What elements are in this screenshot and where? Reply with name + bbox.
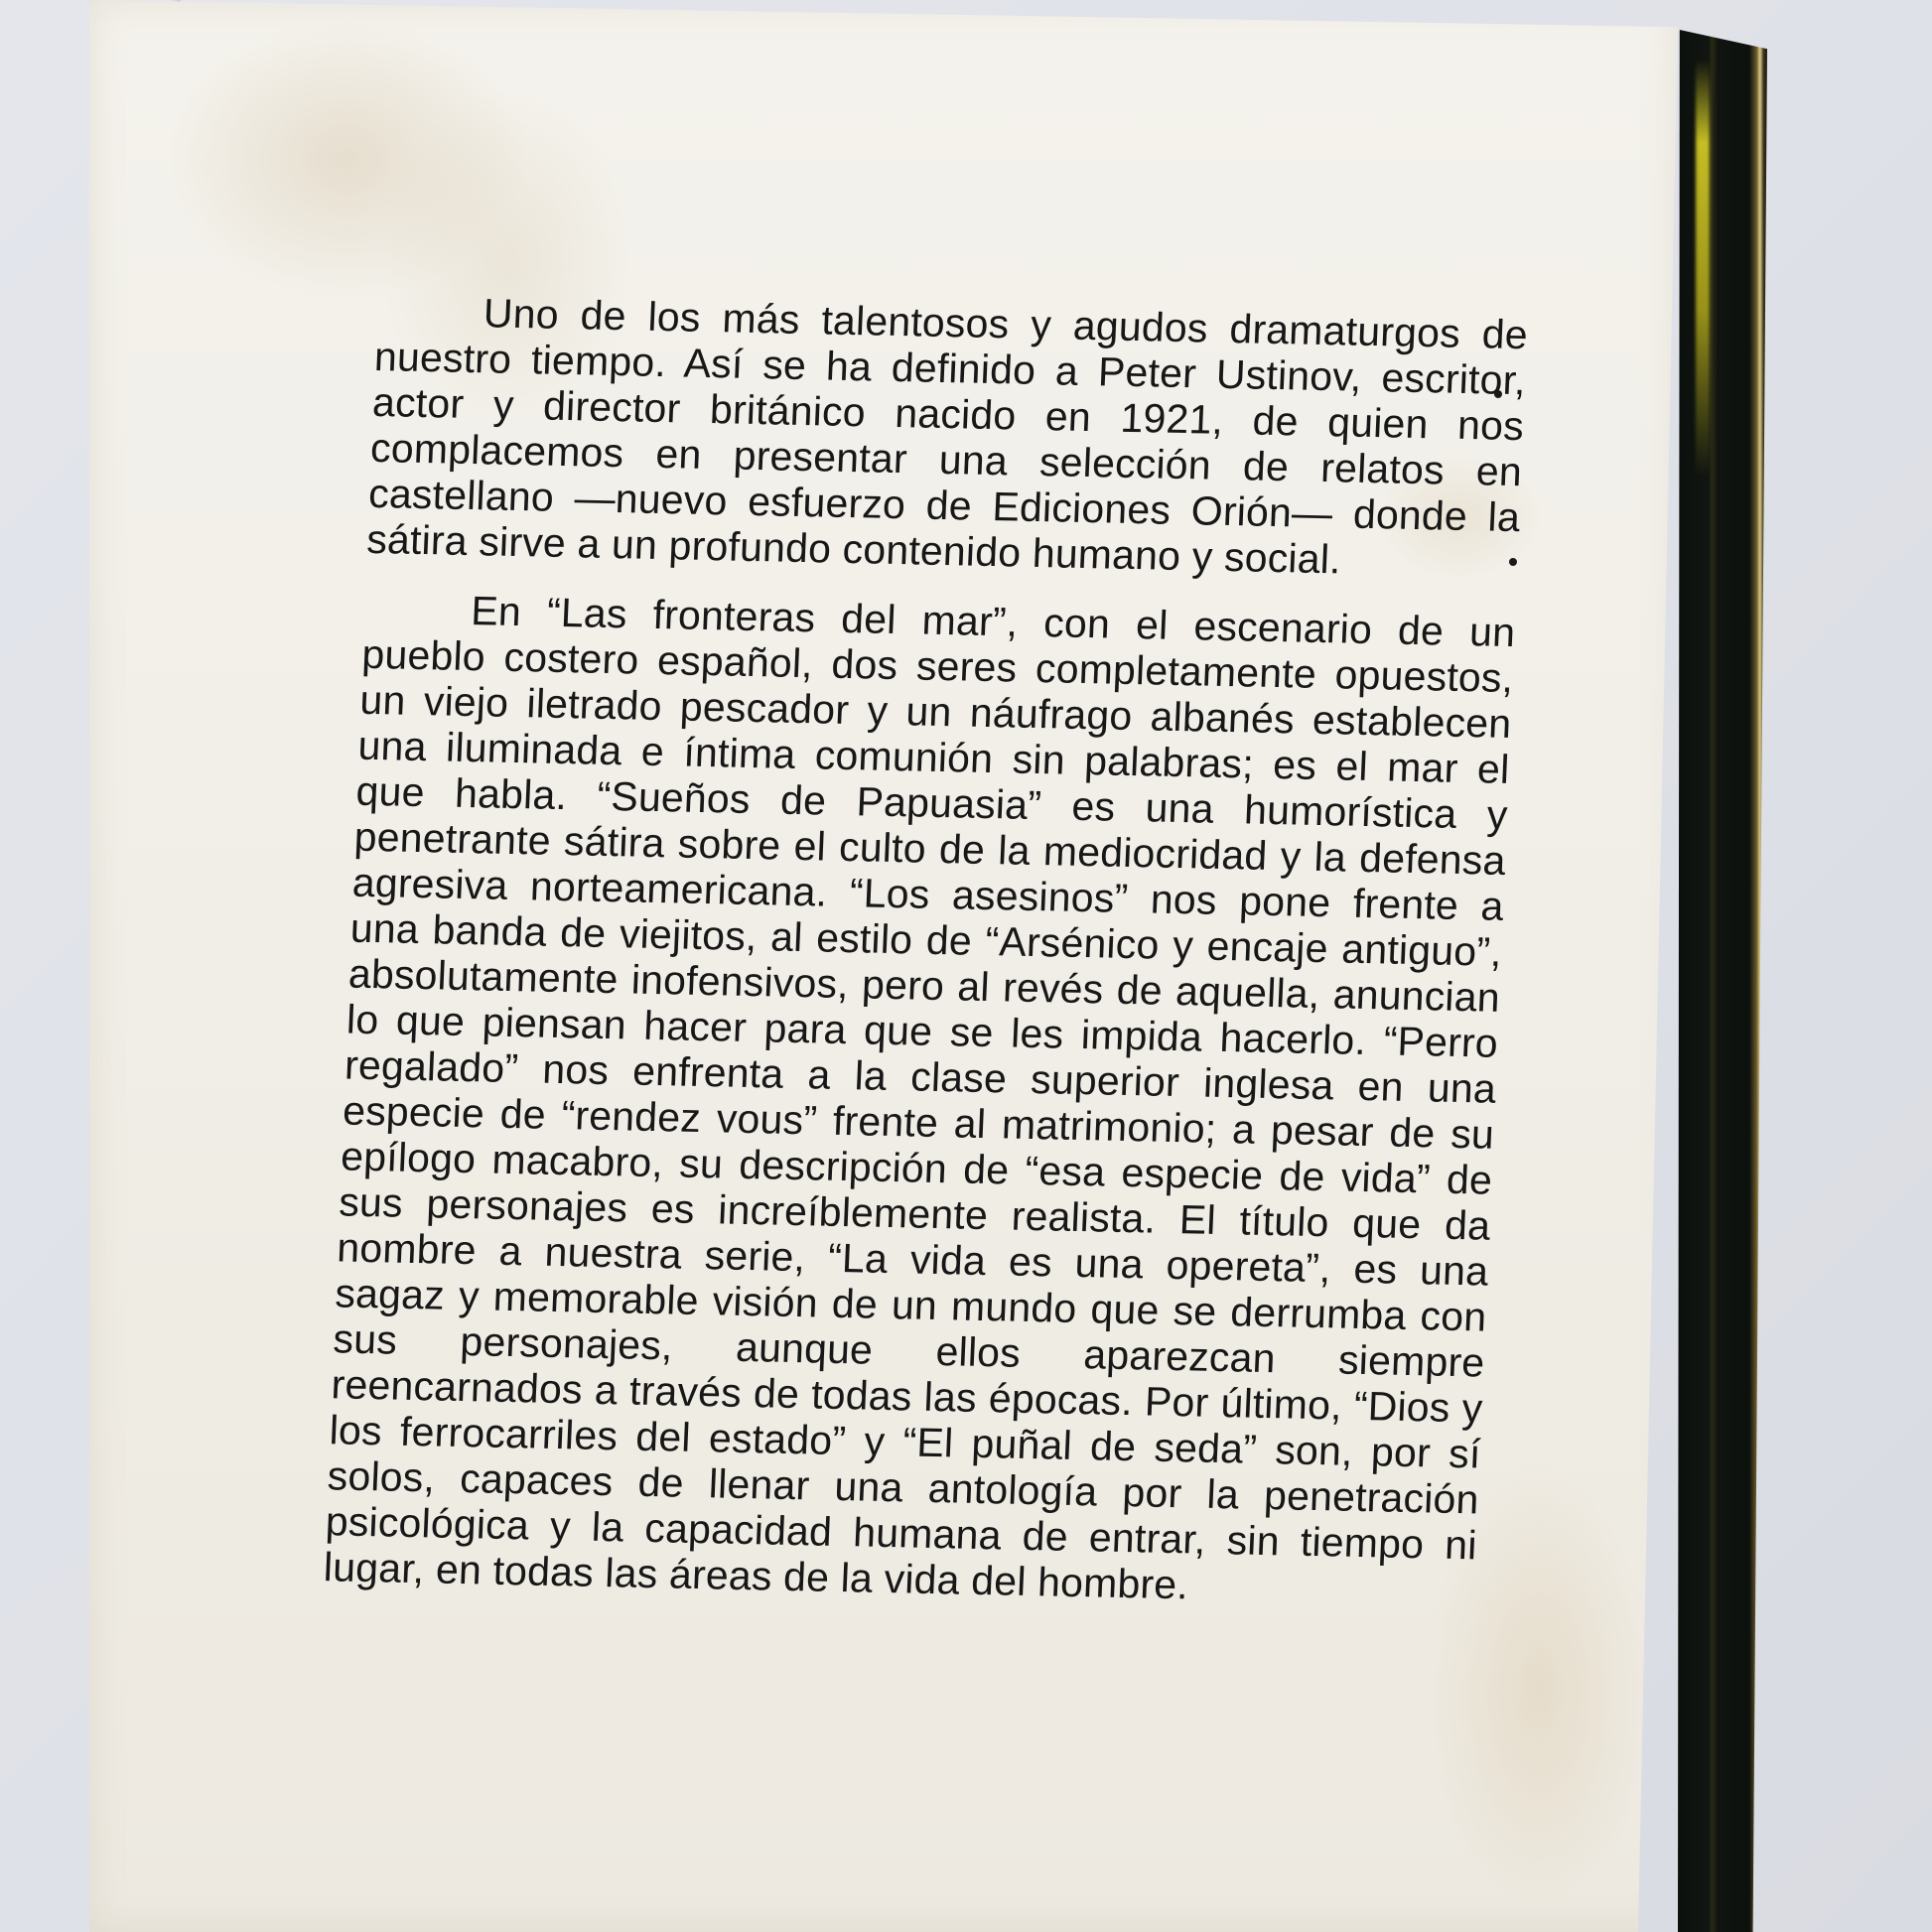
blurb-paragraph-2: En “Las fronteras del mar”, con el escen… [323,586,1516,1614]
photo-scene: Uno de los más talentosos y agudos drama… [0,0,1932,1932]
spine-yellow-streak [1696,60,1710,477]
blurb-text: Uno de los más talentosos y agudos drama… [322,288,1529,1637]
blurb-paragraph-1: Uno de los más talentosos y agudos drama… [365,288,1528,586]
book-spine [1678,30,1767,1932]
book: Uno de los más talentosos y agudos drama… [89,0,1777,1932]
